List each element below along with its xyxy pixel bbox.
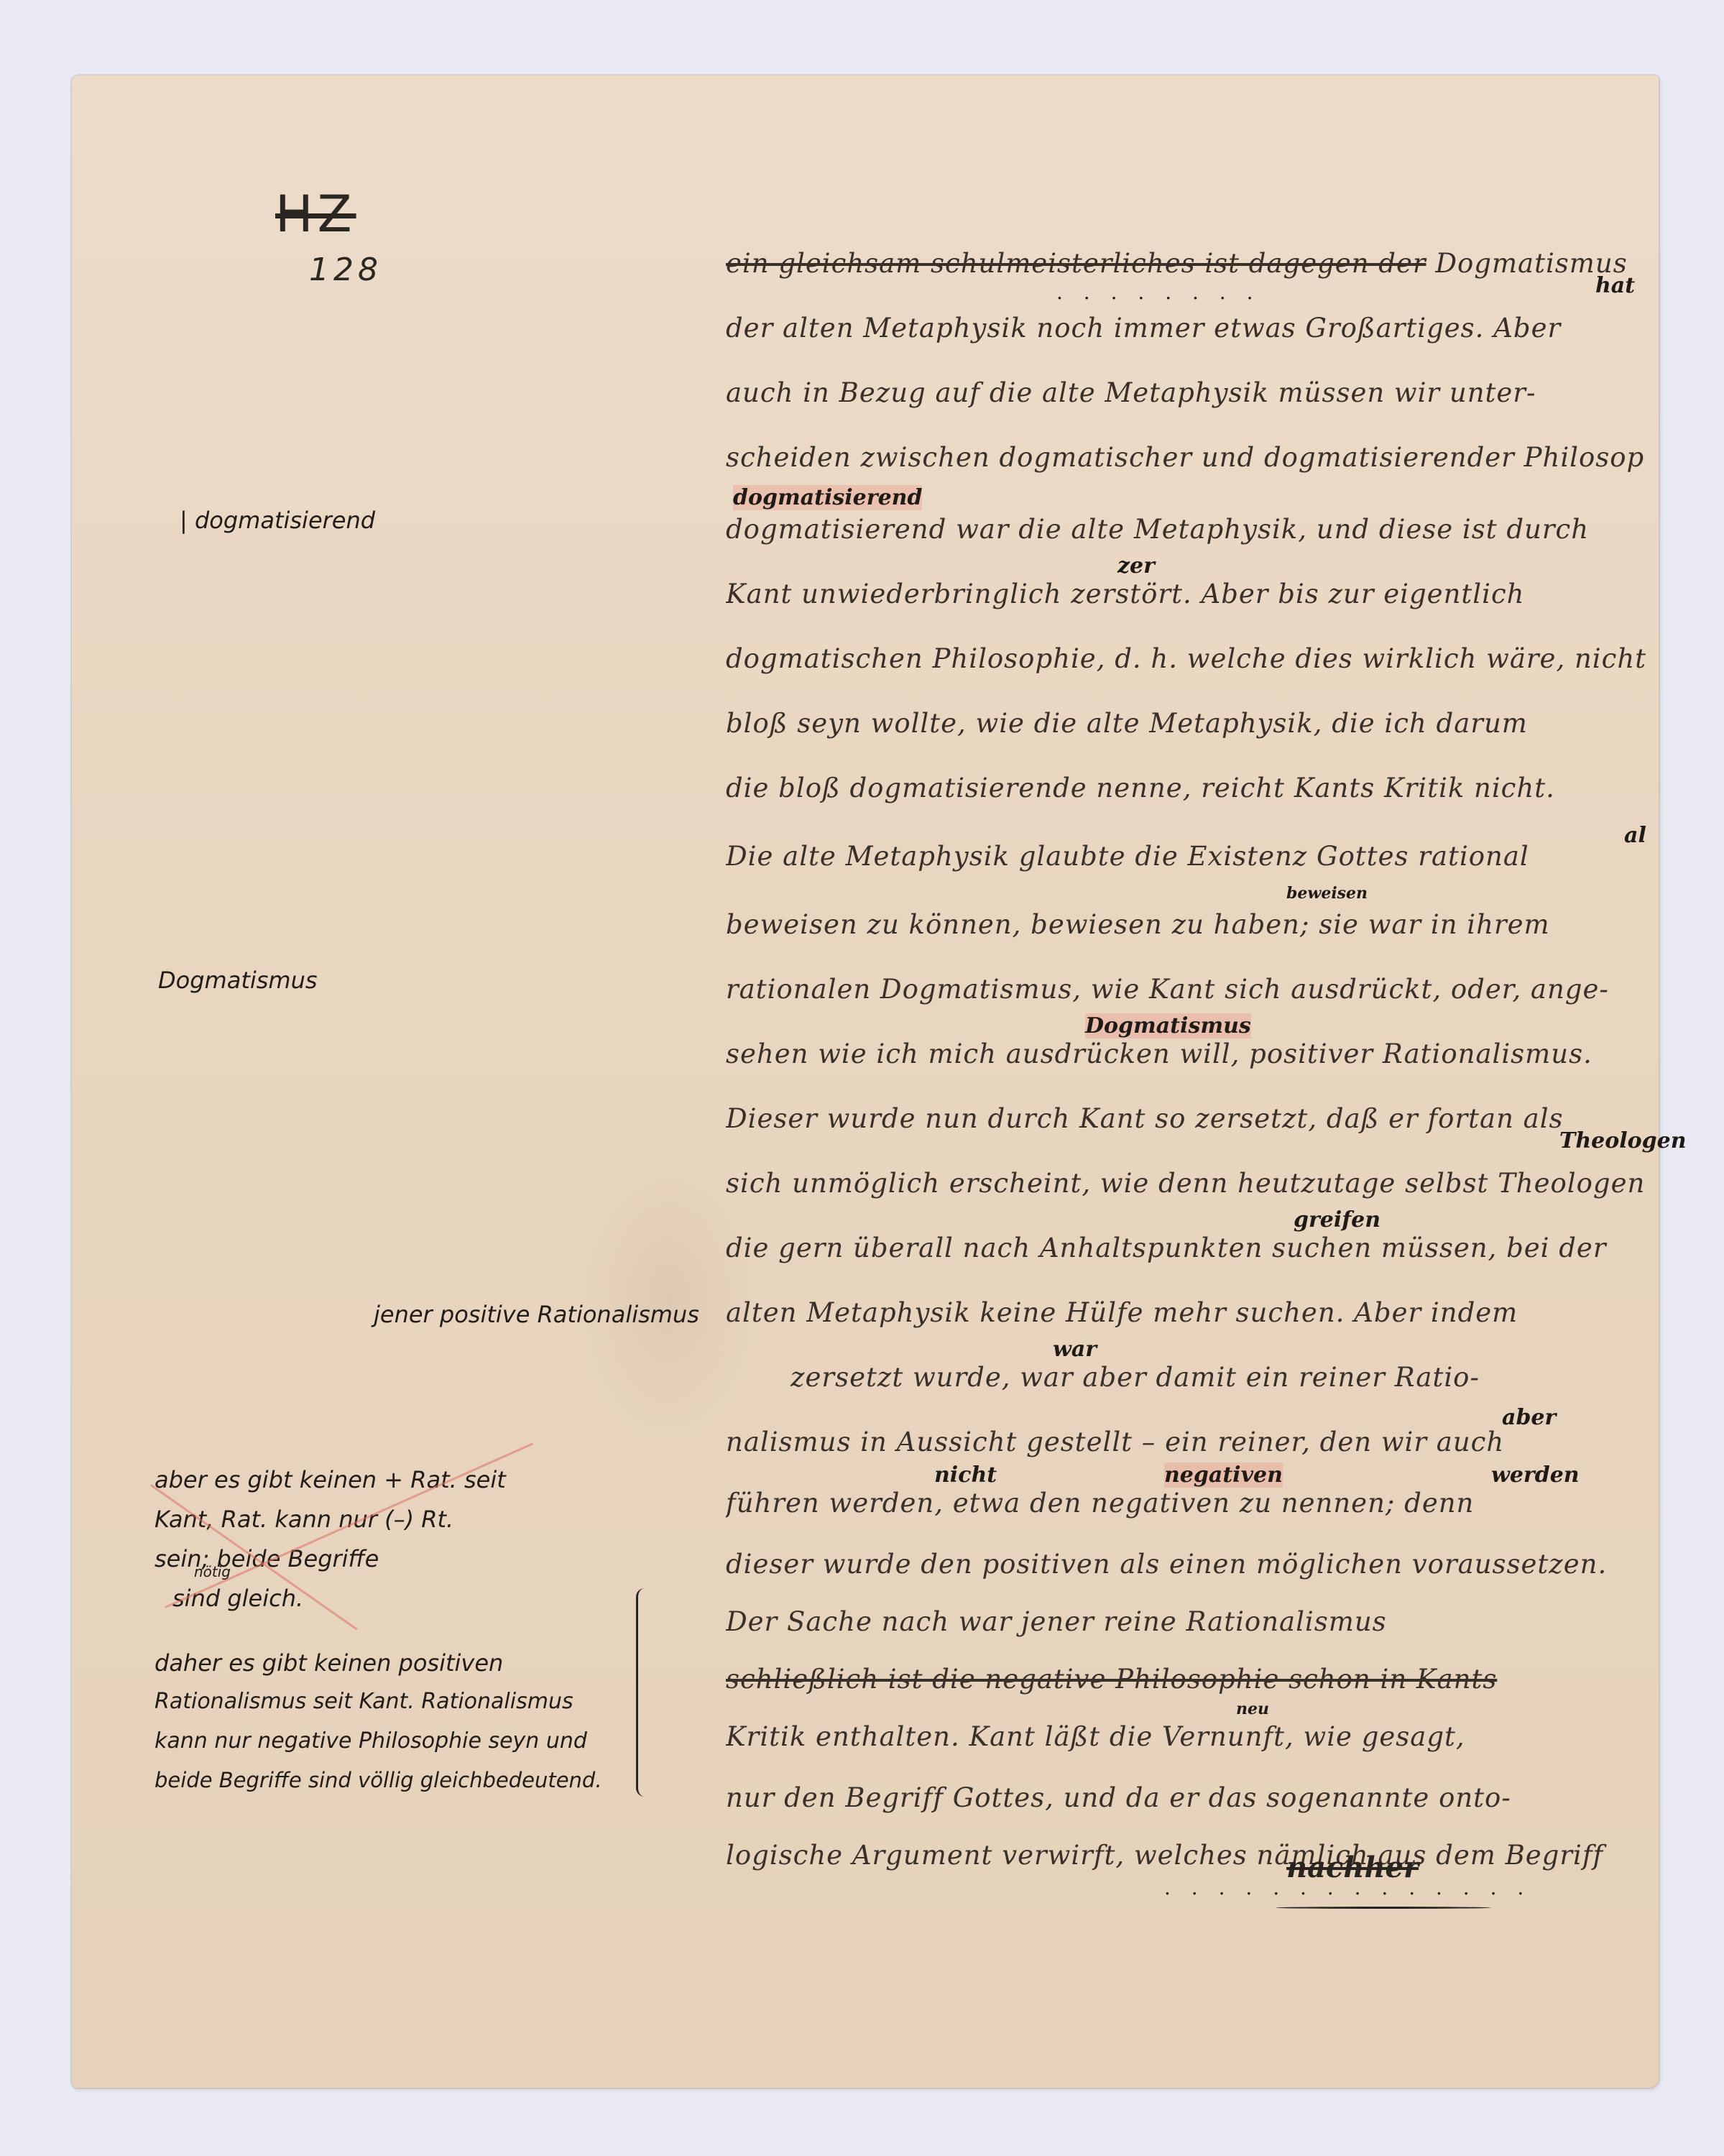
insert-hat: hat (1595, 273, 1635, 298)
insert-nicht: nicht (934, 1462, 997, 1488)
text-line: Kritik enthalten. Kant läßt die Vernunft… (726, 1721, 1646, 1752)
text-line: die bloß dogmatisierende nenne, reicht K… (726, 773, 1646, 803)
margin-note-positive-rationalismus: jener positive Rationalismus (374, 1301, 699, 1328)
margin-note-dogmatisierend: | dogmatisierend (180, 507, 375, 534)
margin-note-line: daher es gibt keinen positiven (155, 1649, 503, 1677)
text-line: nalismus in Aussicht gestellt – ein rein… (726, 1427, 1646, 1457)
text-line: ein gleichsam schulmeisterliches ist dag… (726, 248, 1646, 279)
text-line: rationalen Dogmatismus, wie Kant sich au… (726, 974, 1646, 1005)
struck-text-line: schließlich ist die negative Philosophie… (726, 1664, 1646, 1695)
text-line: alten Metaphysik keine Hülfe mehr suchen… (726, 1297, 1646, 1328)
insert-dogmatisierend: dogmatisierend (733, 485, 922, 510)
text-line: führen werden, etwa den negativen zu nen… (726, 1488, 1646, 1519)
insert-negativen: negativen (1164, 1462, 1283, 1488)
text-line: Dieser wurde nun durch Kant so zersetzt,… (726, 1103, 1646, 1134)
text-line: beweisen zu können, bewiesen zu haben; s… (726, 909, 1646, 940)
text-line: sehen wie ich mich ausdrücken will, posi… (726, 1038, 1646, 1069)
margin-note-line: sind gleich. (172, 1585, 303, 1612)
insert-werden: werden (1491, 1462, 1580, 1488)
margin-note-line: Rationalismus seit Kant. Rationalismus (155, 1689, 573, 1714)
folio-number: 128 (309, 252, 382, 288)
margin-note-line: kann nur negative Philosophie seyn und (155, 1728, 587, 1754)
insert-neu: neu (1236, 1700, 1269, 1718)
insert-zer: zer (1117, 553, 1155, 579)
insert-war: war (1053, 1337, 1097, 1362)
text-line: dogmatisierend war die alte Metaphysik, … (726, 514, 1646, 545)
text-line: dogmatischen Philosophie, d. h. welche d… (726, 643, 1646, 674)
insert-aber: aber (1502, 1405, 1556, 1430)
text-line: logische Argument verwirft, welches näml… (726, 1840, 1646, 1871)
text-line: nur den Begriff Gottes, und da er das so… (726, 1782, 1646, 1813)
insert-dogmatismus: Dogmatismus (1085, 1013, 1251, 1038)
text-line: Kant unwiederbringlich zerstört. Aber bi… (726, 579, 1646, 609)
insertion-bracket (636, 1588, 667, 1797)
deletion-dots: . . . . . . . . (1056, 280, 1260, 304)
struck-text: ein gleichsam schulmeisterliches ist dag… (726, 248, 1426, 279)
margin-note-insert: nötig (194, 1563, 231, 1580)
text-line: auch in Bezug auf die alte Metaphysik mü… (726, 377, 1646, 408)
text-line: sich unmöglich erscheint, wie denn heutz… (726, 1168, 1646, 1199)
text-line: die gern überall nach Anhaltspunkten suc… (726, 1233, 1646, 1263)
struck-text: schließlich ist die negative Philosophie… (726, 1664, 1497, 1695)
shelfmark: HZ (275, 185, 356, 244)
text-line: zersetzt wurde, war aber damit ein reine… (790, 1362, 1646, 1393)
margin-note-line: beide Begriffe sind völlig gleichbedeute… (155, 1768, 602, 1792)
closing-flourish-line (1276, 1907, 1491, 1909)
insert-greifen: greifen (1294, 1207, 1380, 1233)
text-line: der alten Metaphysik noch immer etwas Gr… (726, 313, 1646, 344)
margin-note-line: sein; beide Begriffe (155, 1545, 379, 1572)
text-line: dieser wurde den positiven als einen mög… (726, 1549, 1646, 1580)
text-line: Die alte Metaphysik glaubte die Existenz… (726, 841, 1646, 872)
text-line: scheiden zwischen dogmatischer und dogma… (726, 442, 1646, 473)
manuscript-sheet: HZ 128 ein gleichsam schulmeisterliches … (72, 75, 1659, 2088)
text-line: bloß seyn wollte, wie die alte Metaphysi… (726, 708, 1646, 739)
insert-beweisen: beweisen (1286, 884, 1368, 903)
struck-closing-word: nachher (1286, 1851, 1419, 1884)
insert-al: al (1624, 823, 1646, 848)
insert-theologen: Theologen (1559, 1128, 1687, 1153)
text-line: Der Sache nach war jener reine Rationali… (726, 1606, 1646, 1637)
margin-note-dogmatismus: Dogmatismus (158, 967, 318, 994)
